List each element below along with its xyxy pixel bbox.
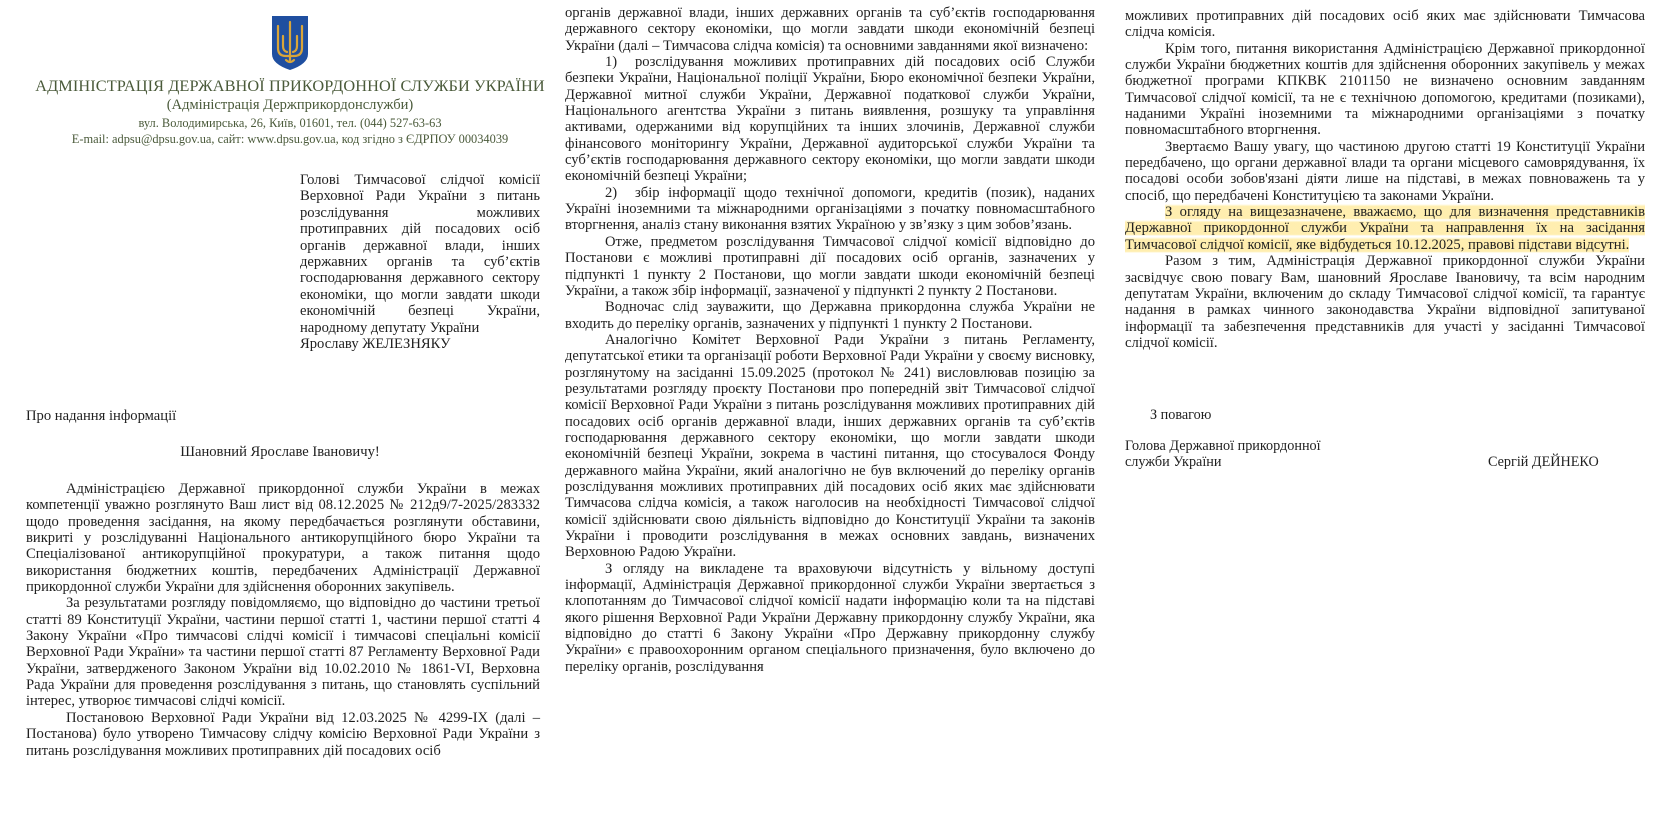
paragraph: Крім того, питання використання Адмініст… [1125, 41, 1645, 139]
page-2-body: органів державної влади, інших державних… [565, 5, 1095, 675]
paragraph: Адміністрацією Державної прикордонної сл… [26, 481, 540, 595]
highlighted-paragraph: З огляду на вищезазначене, вважаємо, що … [1125, 204, 1645, 253]
signer-title-line: Голова Державної прикордонної [1125, 438, 1321, 454]
addressee-line: економічній безпеці України, [300, 303, 540, 319]
addressee-line: Голові Тимчасової слідчої комісії [300, 172, 540, 188]
signer-title: Голова Державної прикордонної служби Укр… [1125, 438, 1321, 470]
addressee-line: органів державної влади, інших [300, 238, 540, 254]
paragraph: Звертаємо Вашу увагу, що частиною другою… [1125, 139, 1645, 204]
paragraph: З огляду на викладене та враховуючи відс… [565, 561, 1095, 675]
list-number: 2) [605, 185, 635, 201]
org-address: вул. Володимирська, 26, Київ, 01601, тел… [30, 115, 550, 131]
list-text: збір інформації щодо технічної допомоги,… [565, 185, 1095, 234]
paragraph: Отже, предметом розслідування Тимчасової… [565, 234, 1095, 299]
addressee-line: Верховної Ради України з питань [300, 188, 540, 204]
closing-phrase: З повагою [1150, 407, 1211, 424]
org-title: АДМІНІСТРАЦІЯ ДЕРЖАВНОЇ ПРИКОРДОННОЇ СЛУ… [30, 76, 550, 96]
addressee-block: Голові Тимчасової слідчої комісії Верхов… [300, 172, 540, 352]
org-short-name: (Адміністрація Держприкордонслужби) [30, 96, 550, 115]
letter-subject: Про надання інформації [26, 408, 176, 425]
paragraph: Разом з тим, Адміністрація Державної при… [1125, 253, 1645, 351]
paragraph: можливих протиправних дій посадових осіб… [1125, 8, 1645, 41]
signer-name: Сергій ДЕЙНЕКО [1488, 454, 1599, 471]
paragraph: Постановою Верховної Ради України від 12… [26, 710, 540, 759]
list-text: розслідування можливих протиправних дій … [565, 54, 1095, 184]
page-1-body: Адміністрацією Державної прикордонної сл… [26, 481, 540, 759]
highlight-mark: З огляду на вищезазначене, вважаємо, що … [1125, 204, 1645, 253]
letterhead: АДМІНІСТРАЦІЯ ДЕРЖАВНОЇ ПРИКОРДОННОЇ СЛУ… [30, 14, 550, 147]
paragraph: Аналогічно Комітет Верховної Ради Україн… [565, 332, 1095, 561]
addressee-line: державних органів та суб’єктів [300, 254, 540, 270]
paragraph: За результатами розгляду повідомляємо, щ… [26, 595, 540, 709]
addressee-line: народному депутату України [300, 320, 540, 336]
addressee-line: економіки, що могли завдати шкоди [300, 287, 540, 303]
ukraine-trident-coat-of-arms-icon [270, 14, 310, 72]
list-item: 2)збір інформації щодо технічної допомог… [565, 185, 1095, 234]
page-3-body: можливих протиправних дій посадових осіб… [1125, 8, 1645, 351]
signer-title-line: служби України [1125, 454, 1321, 470]
paragraph: органів державної влади, інших державних… [565, 5, 1095, 54]
addressee-line: розслідування можливих [300, 205, 540, 221]
paragraph: Водночас слід зауважити, що Державна при… [565, 299, 1095, 332]
org-contacts: E-mail: adpsu@dpsu.gov.ua, сайт: www.dps… [30, 131, 550, 147]
addressee-line: господарювання державного сектору [300, 270, 540, 286]
list-item: 1)розслідування можливих протиправних ді… [565, 54, 1095, 185]
list-number: 1) [605, 54, 635, 70]
salutation: Шановний Ярославе Івановичу! [0, 444, 560, 461]
addressee-line: протиправних дій посадових осіб [300, 221, 540, 237]
addressee-name: Ярославу ЖЕЛЕЗНЯКУ [300, 336, 540, 352]
